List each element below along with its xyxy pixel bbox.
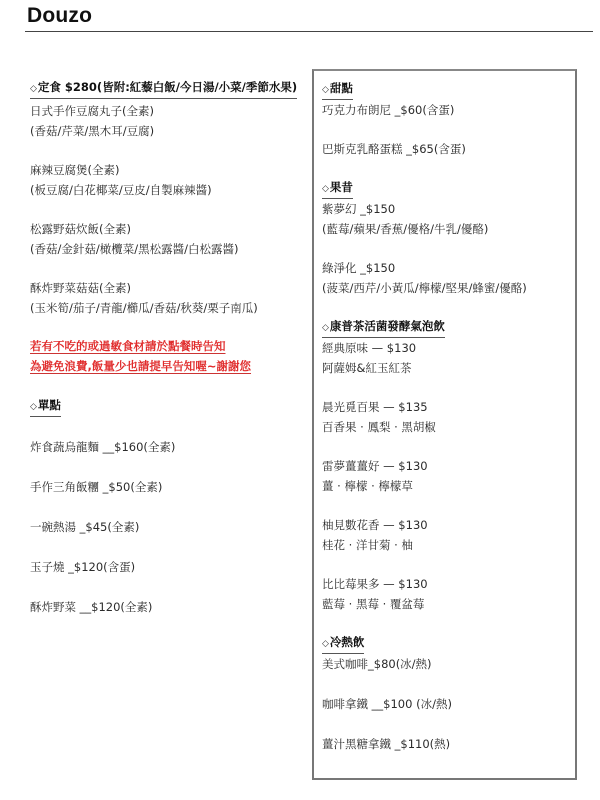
left-column: ◇定食 $280(皆附:紅藜白飯/今日湯/小菜/季節水果) 日式手作豆腐丸子(全… (30, 76, 310, 637)
item-name: 日式手作豆腐丸子(全素) (30, 101, 310, 121)
item-name: 紫夢幻 _$150 (322, 199, 567, 219)
item-ingredients: (玉米筍/茄子/青龍/櫛瓜/香菇/秋葵/栗子南瓜) (30, 298, 310, 318)
item-ingredients: 藍莓 · 黑莓 · 覆盆莓 (322, 594, 567, 614)
a-la-carte-section: ◇單點 炸食蔬烏龍麵 __$160(全素) 手作三角飯糰 _$50(全素) 一碗… (30, 394, 310, 617)
menu-item: 玉子燒 _$120(含蛋) (30, 557, 310, 577)
item-ingredients: (板豆腐/白花椰菜/豆皮/自製麻辣醬) (30, 180, 310, 200)
drinks-section: ◇冷熱飲 美式咖啡_$80(冰/熱) 咖啡拿鐵 __$100 (冰/熱) 薑汁黑… (322, 631, 567, 754)
menu-item: 雷夢薑薑好 — $130 薑 · 檸檬 · 檸檬草 (322, 456, 567, 496)
item-name: 柚見數花香 — $130 (322, 515, 567, 535)
a-la-carte-heading: ◇單點 (30, 398, 61, 417)
drinks-heading: ◇冷熱飲 (322, 635, 364, 654)
diamond-icon: ◇ (322, 323, 329, 333)
item-ingredients: 薑 · 檸檬 · 檸檬草 (322, 476, 567, 496)
item-ingredients: 百香果 · 鳳梨 · 黑胡椒 (322, 417, 567, 437)
dessert-heading: ◇甜點 (322, 81, 353, 100)
dessert-section: ◇甜點 巧克力布朗尼 _$60(含蛋) 巴斯克乳酪蛋糕 _$65(含蛋) (322, 77, 567, 159)
diamond-icon: ◇ (30, 84, 37, 94)
item-ingredients: 桂花 · 洋甘菊 · 柚 (322, 535, 567, 555)
menu-item: 晨光覓百果 — $135 百香果 · 鳳梨 · 黑胡椒 (322, 397, 567, 437)
set-meal-section: ◇定食 $280(皆附:紅藜白飯/今日湯/小菜/季節水果) 日式手作豆腐丸子(全… (30, 76, 310, 318)
diamond-icon: ◇ (322, 85, 329, 95)
menu-item: 酥炸野菜 __$120(全素) (30, 597, 310, 617)
menu-item: 松露野菇炊飯(全素) (香菇/金針菇/橄欖菜/黑松露醬/白松露醬) (30, 219, 310, 259)
menu-item: 比比莓果多 — $130 藍莓 · 黑莓 · 覆盆莓 (322, 574, 567, 614)
menu-item: 巴斯克乳酪蛋糕 _$65(含蛋) (322, 139, 567, 159)
item-name: 雷夢薑薑好 — $130 (322, 456, 567, 476)
menu-item: 手作三角飯糰 _$50(全素) (30, 477, 310, 497)
item-ingredients: (香菇/金針菇/橄欖菜/黑松露醬/白松露醬) (30, 239, 310, 259)
right-menu-box: ◇甜點 巧克力布朗尼 _$60(含蛋) 巴斯克乳酪蛋糕 _$65(含蛋) ◇果昔… (312, 69, 577, 780)
menu-item: 酥炸野菜菇菇(全素) (玉米筍/茄子/青龍/櫛瓜/香菇/秋葵/栗子南瓜) (30, 278, 310, 318)
smoothie-section: ◇果昔 紫夢幻 _$150 (藍莓/蘋果/香蕉/優格/牛乳/優酪) 綠淨化 _$… (322, 176, 567, 298)
title-divider (25, 31, 593, 32)
menu-item: 紫夢幻 _$150 (藍莓/蘋果/香蕉/優格/牛乳/優酪) (322, 199, 567, 239)
menu-item: 柚見數花香 — $130 桂花 · 洋甘菊 · 柚 (322, 515, 567, 555)
allergy-notice: 若有不吃的或過敏食材請於點餐時告知 為避免浪費,飯量少也請提早告知喔~謝謝您 (30, 336, 310, 376)
smoothie-heading: ◇果昔 (322, 180, 353, 199)
item-name: 綠淨化 _$150 (322, 258, 567, 278)
menu-item: 麻辣豆腐煲(全素) (板豆腐/白花椰菜/豆皮/自製麻辣醬) (30, 160, 310, 200)
menu-item: 美式咖啡_$80(冰/熱) (322, 654, 567, 674)
diamond-icon: ◇ (322, 184, 329, 194)
item-ingredients: 阿薩姆&紅玉紅茶 (322, 358, 567, 378)
item-ingredients: (菠菜/西芹/小黃瓜/檸檬/堅果/蜂蜜/優酪) (322, 278, 567, 298)
item-name: 酥炸野菜菇菇(全素) (30, 278, 310, 298)
menu-item: 綠淨化 _$150 (菠菜/西芹/小黃瓜/檸檬/堅果/蜂蜜/優酪) (322, 258, 567, 298)
kombucha-heading: ◇康普茶活菌發酵氣泡飲 (322, 319, 445, 338)
menu-item: 薑汁黑糖拿鐵 _$110(熱) (322, 734, 567, 754)
menu-item: 咖啡拿鐵 __$100 (冰/熱) (322, 694, 567, 714)
item-ingredients: (藍莓/蘋果/香蕉/優格/牛乳/優酪) (322, 219, 567, 239)
diamond-icon: ◇ (322, 639, 329, 649)
item-name: 比比莓果多 — $130 (322, 574, 567, 594)
right-column: ◇甜點 巧克力布朗尼 _$60(含蛋) 巴斯克乳酪蛋糕 _$65(含蛋) ◇果昔… (322, 77, 567, 754)
item-name: 經典原味 — $130 (322, 338, 567, 358)
item-name: 松露野菇炊飯(全素) (30, 219, 310, 239)
menu-title: Douzo (27, 4, 92, 28)
item-ingredients: (香菇/芹菜/黑木耳/豆腐) (30, 121, 310, 141)
menu-item: 一碗熱湯 _$45(全素) (30, 517, 310, 537)
item-name: 麻辣豆腐煲(全素) (30, 160, 310, 180)
notice-line: 若有不吃的或過敏食材請於點餐時告知 (30, 336, 310, 356)
diamond-icon: ◇ (30, 402, 37, 412)
menu-item: 炸食蔬烏龍麵 __$160(全素) (30, 437, 310, 457)
item-name: 晨光覓百果 — $135 (322, 397, 567, 417)
menu-item: 巧克力布朗尼 _$60(含蛋) (322, 100, 567, 120)
notice-line: 為避免浪費,飯量少也請提早告知喔~謝謝您 (30, 356, 310, 376)
kombucha-section: ◇康普茶活菌發酵氣泡飲 經典原味 — $130 阿薩姆&紅玉紅茶 晨光覓百果 —… (322, 315, 567, 614)
set-meal-heading: ◇定食 $280(皆附:紅藜白飯/今日湯/小菜/季節水果) (30, 80, 297, 99)
menu-item: 日式手作豆腐丸子(全素) (香菇/芹菜/黑木耳/豆腐) (30, 101, 310, 141)
menu-item: 經典原味 — $130 阿薩姆&紅玉紅茶 (322, 338, 567, 378)
